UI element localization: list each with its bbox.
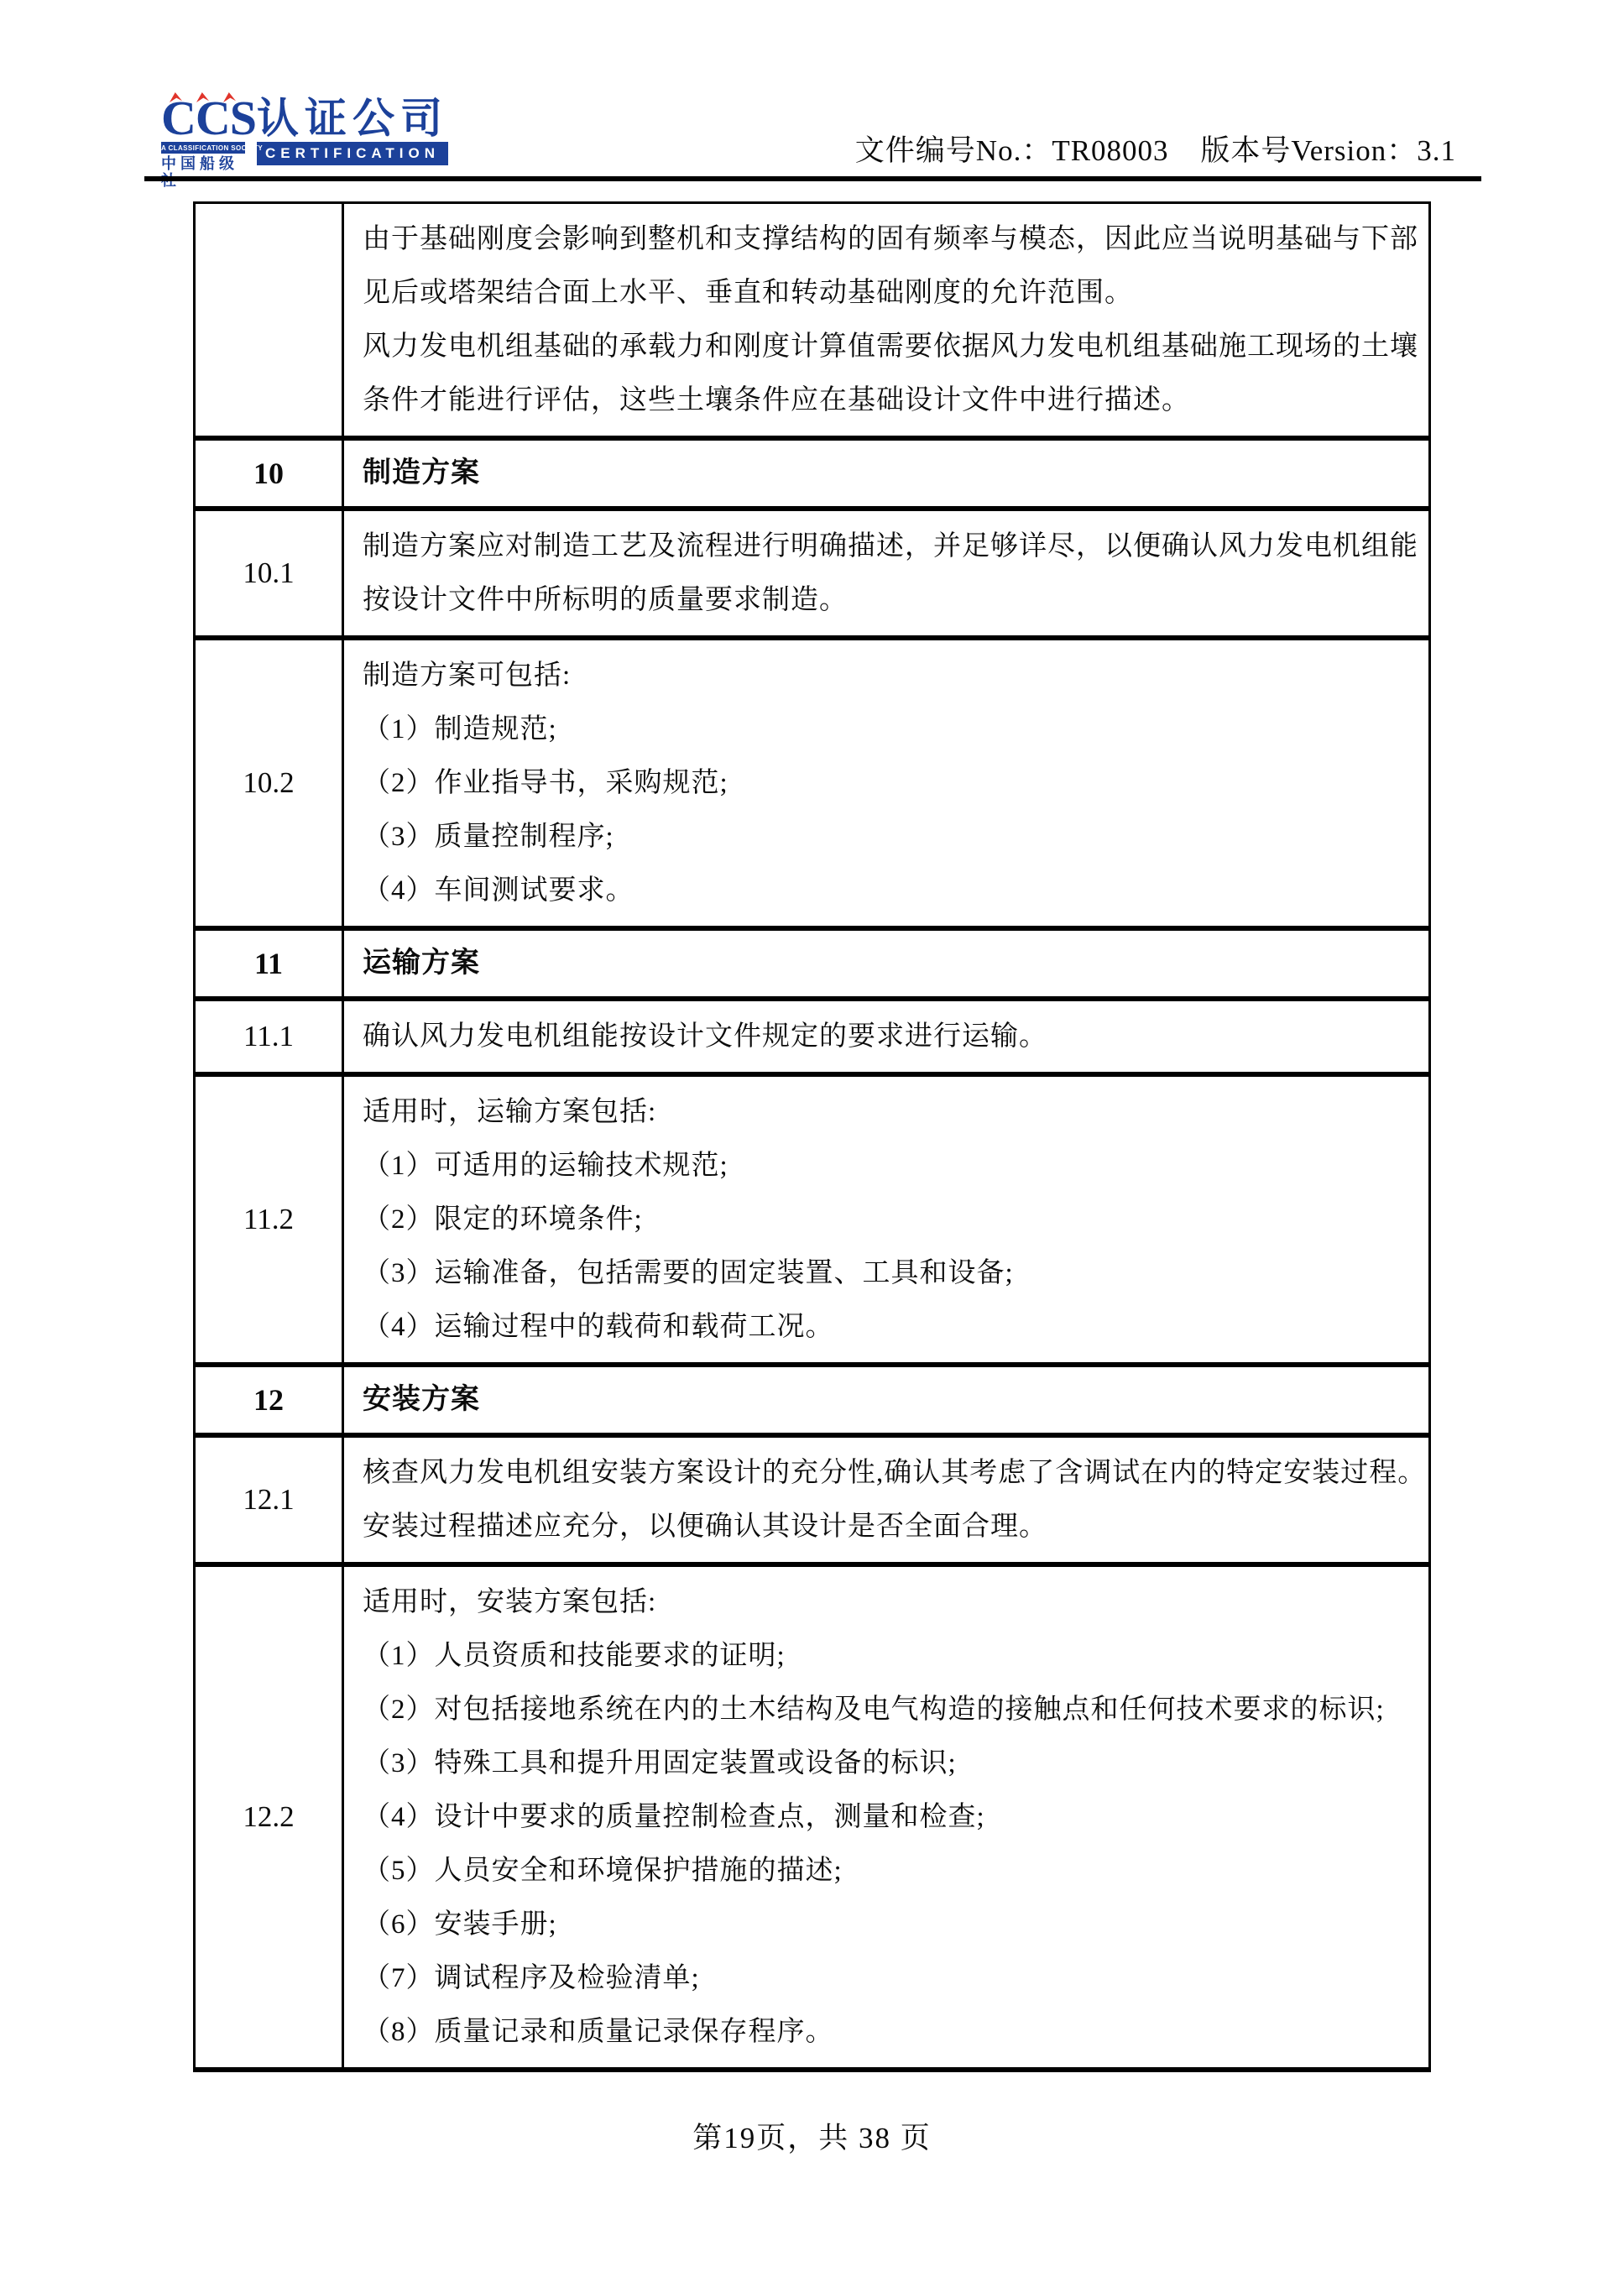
ccs-logo-left: CCS CHINA CLASSIFICATION SOCIETY 中 国 船 级…	[161, 97, 245, 189]
text-line: 制造方案可包括:	[363, 649, 1410, 702]
flame-icon	[196, 92, 209, 102]
text-line: （4）设计中要求的质量控制检查点，测量和检查;	[363, 1790, 1410, 1844]
row-number: 12.1	[196, 1438, 344, 1562]
table-row: 10制造方案	[196, 436, 1428, 506]
row-content: 确认风力发电机组能按设计文件规定的要求进行运输。	[344, 1001, 1428, 1072]
certification-en-bar: CERTIFICATION	[257, 142, 448, 165]
certification-cn-text: 认证公司	[257, 97, 448, 139]
table-row: 由于基础刚度会影响到整机和支撑结构的固有频率与模态，因此应当说明基础与下部见后或…	[196, 204, 1428, 436]
row-number: 10	[196, 441, 344, 506]
row-number	[196, 204, 344, 436]
text-line: （3）特殊工具和提升用固定装置或设备的标识;	[363, 1736, 1410, 1790]
document-page: CCS CHINA CLASSIFICATION SOCIETY 中 国 船 级…	[0, 0, 1624, 2277]
text-line: 条件才能进行评估，这些土壤条件应在基础设计文件中进行描述。	[363, 373, 1418, 427]
requirements-table: 由于基础刚度会影响到整机和支撑结构的固有频率与模态，因此应当说明基础与下部见后或…	[193, 201, 1431, 2072]
table-row: 10.1制造方案应对制造工艺及流程进行明确描述，并足够详尽，以便确认风力发电机组…	[196, 506, 1428, 635]
text-line: （3）质量控制程序;	[363, 810, 1410, 864]
text-line: 见后或塔架结合面上水平、垂直和转动基础刚度的允许范围。	[363, 266, 1418, 320]
ccs-logo: CCS CHINA CLASSIFICATION SOCIETY 中 国 船 级…	[161, 97, 448, 189]
text-line: （1）制造规范;	[363, 702, 1410, 756]
text-line: 安装过程描述应充分，以便确认其设计是否全面合理。	[363, 1500, 1426, 1554]
text-line: 运输方案	[363, 937, 480, 990]
row-section-title: 运输方案	[344, 931, 1428, 996]
text-line: （7）调试程序及检验清单;	[363, 1951, 1410, 2005]
row-content: 制造方案可包括:（1）制造规范;（2）作业指导书，采购规范;（3）质量控制程序;…	[344, 640, 1428, 926]
row-number: 12.2	[196, 1567, 344, 2067]
table-row: 10.2制造方案可包括:（1）制造规范;（2）作业指导书，采购规范;（3）质量控…	[196, 635, 1428, 926]
row-content: 由于基础刚度会影响到整机和支撑结构的固有频率与模态，因此应当说明基础与下部见后或…	[344, 204, 1437, 436]
ccs-logo-right: 认证公司 CERTIFICATION	[257, 97, 448, 165]
row-number: 11.1	[196, 1001, 344, 1072]
table-row: 12安装方案	[196, 1362, 1428, 1433]
text-line: 制造方案应对制造工艺及流程进行明确描述，并足够详尽，以便确认风力发电机组能	[363, 520, 1418, 573]
header-divider	[144, 176, 1481, 181]
document-number: 文件编号No.：TR08003	[855, 134, 1169, 167]
text-line: 由于基础刚度会影响到整机和支撑结构的固有频率与模态，因此应当说明基础与下部	[363, 212, 1418, 266]
row-number: 11	[196, 931, 344, 996]
text-line: （2）限定的环境条件;	[363, 1193, 1410, 1246]
table-row: 11.1确认风力发电机组能按设计文件规定的要求进行运输。	[196, 996, 1428, 1072]
text-line: 适用时，运输方案包括:	[363, 1085, 1410, 1139]
row-section-title: 安装方案	[344, 1367, 1428, 1433]
row-number: 10.2	[196, 640, 344, 926]
row-number: 11.2	[196, 1077, 344, 1362]
text-line: （8）质量记录和质量记录保存程序。	[363, 2005, 1410, 2059]
text-line: （2）作业指导书，采购规范;	[363, 756, 1410, 810]
flame-icon	[223, 92, 236, 102]
table-row: 11.2适用时，运输方案包括:（1）可适用的运输技术规范;（2）限定的环境条件;…	[196, 1072, 1428, 1362]
table-row: 12.2适用时，安装方案包括:（1）人员资质和技能要求的证明;（2）对包括接地系…	[196, 1562, 1428, 2067]
ccs-logo-red-accents	[161, 92, 245, 104]
text-line: （3）运输准备，包括需要的固定装置、工具和设备;	[363, 1246, 1410, 1300]
row-number: 12	[196, 1367, 344, 1433]
flame-icon	[170, 92, 182, 102]
text-line: 确认风力发电机组能按设计文件规定的要求进行运输。	[363, 1010, 1410, 1063]
text-line: 按设计文件中所标明的质量要求制造。	[363, 573, 1418, 627]
text-line: 核查风力发电机组安装方案设计的充分性,确认其考虑了含调试在内的特定安装过程。	[363, 1446, 1426, 1500]
table-row: 11运输方案	[196, 926, 1428, 996]
ccs-society-en-bar: CHINA CLASSIFICATION SOCIETY	[161, 142, 245, 154]
text-line: 制造方案	[363, 447, 480, 500]
row-content: 适用时，安装方案包括:（1）人员资质和技能要求的证明;（2）对包括接地系统在内的…	[344, 1567, 1428, 2067]
text-line: （4）运输过程中的载荷和载荷工况。	[363, 1300, 1410, 1354]
row-section-title: 制造方案	[344, 441, 1428, 506]
text-line: （2）对包括接地系统在内的土木结构及电气构造的接触点和任何技术要求的标识;	[363, 1683, 1410, 1736]
text-line: （1）人员资质和技能要求的证明;	[363, 1629, 1410, 1683]
text-line: 风力发电机组基础的承载力和刚度计算值需要依据风力发电机组基础施工现场的土壤	[363, 320, 1418, 373]
page-footer: 第19页，共 38 页	[0, 2115, 1624, 2157]
ccs-society-cn: 中 国 船 级 社	[161, 155, 245, 189]
text-line: （4）车间测试要求。	[363, 864, 1410, 917]
row-content: 制造方案应对制造工艺及流程进行明确描述，并足够详尽，以便确认风力发电机组能按设计…	[344, 511, 1437, 635]
text-line: （6）安装手册;	[363, 1898, 1410, 1951]
row-content: 核查风力发电机组安装方案设计的充分性,确认其考虑了含调试在内的特定安装过程。安装…	[344, 1438, 1444, 1562]
row-content: 适用时，运输方案包括:（1）可适用的运输技术规范;（2）限定的环境条件;（3）运…	[344, 1077, 1428, 1362]
text-line: （5）人员安全和环境保护措施的描述;	[363, 1844, 1410, 1898]
text-line: 安装方案	[363, 1373, 480, 1427]
text-line: （1）可适用的运输技术规范;	[363, 1139, 1410, 1193]
text-line: 适用时，安装方案包括:	[363, 1575, 1410, 1629]
document-info: 文件编号No.：TR08003 版本号Version：3.1	[855, 128, 1456, 170]
row-number: 10.1	[196, 511, 344, 635]
document-version: 版本号Version：3.1	[1200, 134, 1456, 167]
table-row: 12.1核查风力发电机组安装方案设计的充分性,确认其考虑了含调试在内的特定安装过…	[196, 1433, 1428, 1562]
